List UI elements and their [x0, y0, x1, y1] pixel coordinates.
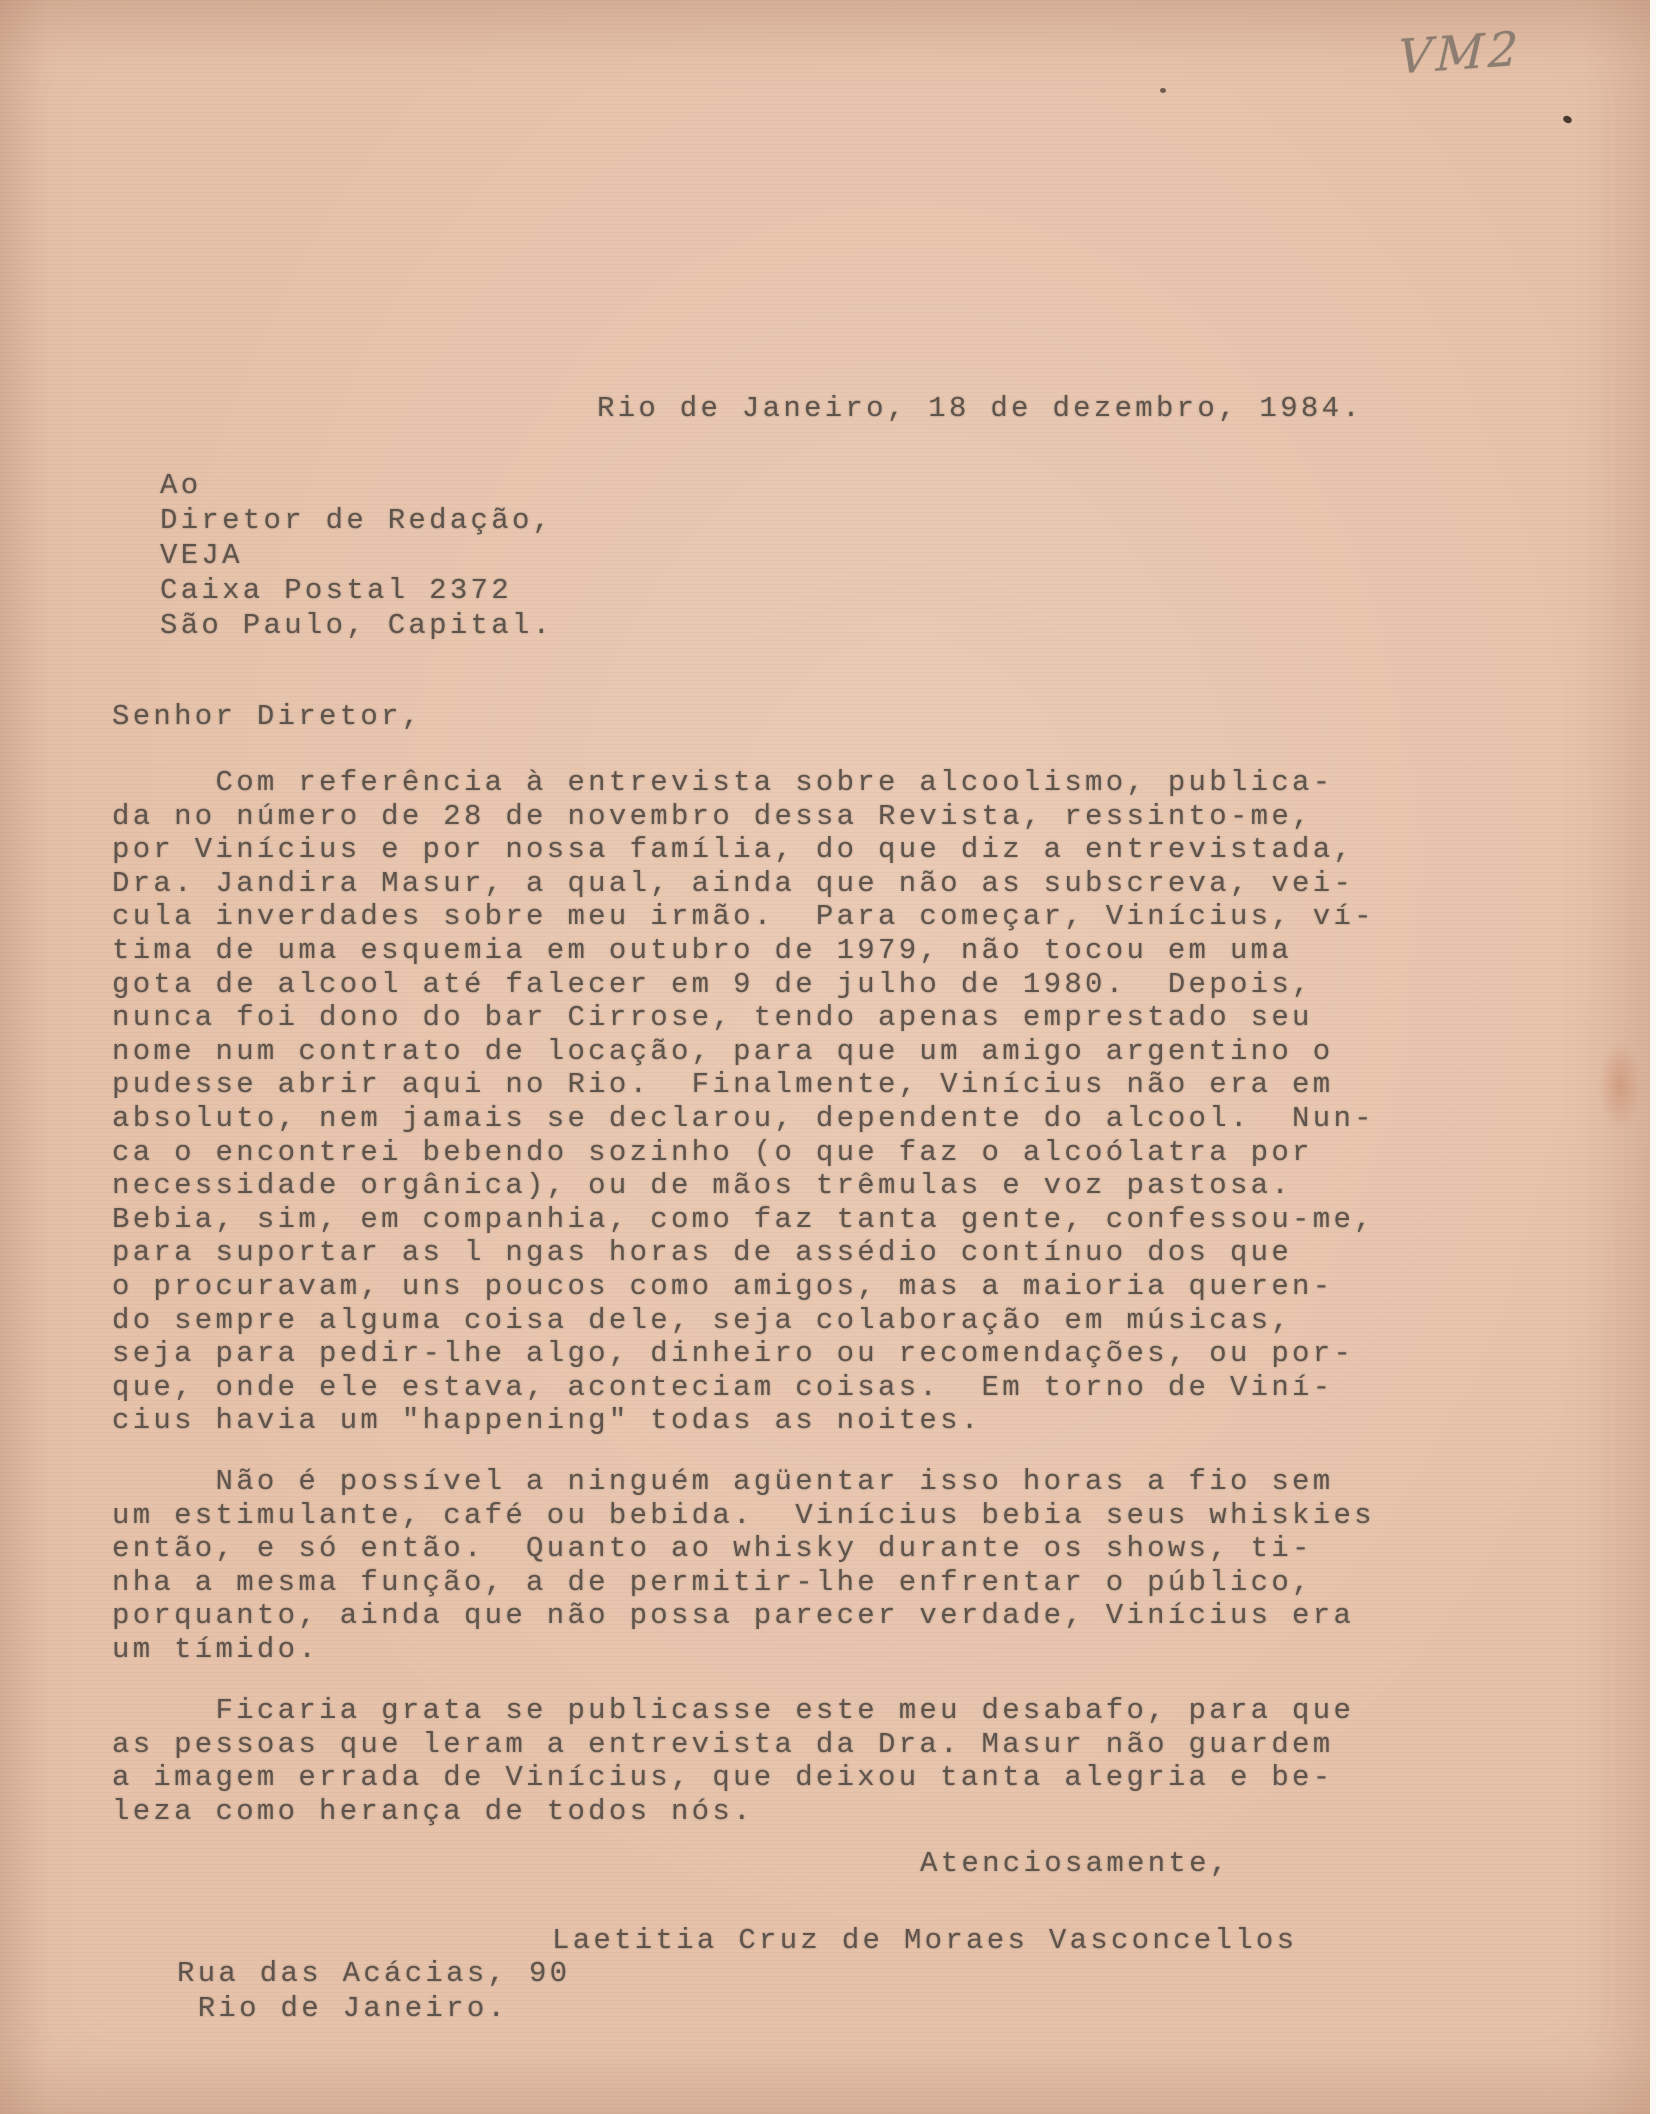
text-line: Rio de Janeiro.: [177, 1991, 570, 2026]
text-line: por Vinícius e por nossa família, do que…: [112, 833, 1375, 867]
text-line: leza como herança de todos nós.: [112, 1795, 1354, 1829]
text-line: um tímido.: [112, 1633, 1375, 1667]
text-line: da no número de 28 de novembro dessa Rev…: [112, 800, 1375, 834]
text-line: São Paulo, Capital.: [160, 608, 553, 643]
text-line: pudesse abrir aqui no Rio. Finalmente, V…: [112, 1068, 1375, 1102]
text-line: para suportar as l ngas horas de assédio…: [112, 1236, 1375, 1270]
text-line: as pessoas que leram a entrevista da Dra…: [112, 1728, 1354, 1762]
text-line: absoluto, nem jamais se declarou, depend…: [112, 1102, 1375, 1136]
signature-name: Laetitia Cruz de Moraes Vasconcellos: [552, 1924, 1297, 1958]
text-line: um estimulante, café ou bebida. Vinícius…: [112, 1499, 1375, 1533]
text-line: Diretor de Redação,: [160, 503, 553, 538]
pencil-annotation: VM2: [1397, 22, 1523, 86]
text-line: nunca foi dono do bar Cirrose, tendo ape…: [112, 1001, 1375, 1035]
text-line: nha a mesma função, a de permitir-lhe en…: [112, 1566, 1375, 1600]
text-line: porquanto, ainda que não possa parecer v…: [112, 1599, 1375, 1633]
text-line: nome num contrato de locação, para que u…: [112, 1035, 1375, 1069]
salutation: Senhor Diretor,: [112, 700, 423, 734]
text-line: cula inverdades sobre meu irmão. Para co…: [112, 900, 1375, 934]
text-line: a imagem errada de Vinícius, que deixou …: [112, 1761, 1354, 1795]
text-line: Ficaria grata se publicasse este meu des…: [112, 1694, 1354, 1728]
text-line: gota de alcool até falecer em 9 de julho…: [112, 968, 1375, 1002]
text-line: Rua das Acácias, 90: [177, 1956, 570, 1991]
text-line: tima de uma esquemia em outubro de 1979,…: [112, 934, 1375, 968]
date-line: Rio de Janeiro, 18 de dezembro, 1984.: [597, 392, 1363, 426]
text-line: ca o encontrei bebendo sozinho (o que fa…: [112, 1136, 1375, 1170]
body-paragraph-3: Ficaria grata se publicasse este meu des…: [112, 1694, 1354, 1828]
text-line: Não é possível a ninguém agüentar isso h…: [112, 1465, 1375, 1499]
ink-speck: [1160, 88, 1166, 93]
text-line: Bebia, sim, em companhia, como faz tanta…: [112, 1203, 1375, 1237]
text-line: do sempre alguma coisa dele, seja colabo…: [112, 1304, 1375, 1338]
letter-scan-page: VM2 Rio de Janeiro, 18 de dezembro, 1984…: [0, 0, 1656, 2114]
recipient-address: AoDiretor de Redação,VEJACaixa Postal 23…: [160, 468, 553, 643]
text-line: Ao: [160, 468, 553, 503]
text-line: cius havia um "happening" todas as noite…: [112, 1404, 1375, 1438]
text-line: o procuravam, uns poucos como amigos, ma…: [112, 1270, 1375, 1304]
body-paragraph-1: Com referência à entrevista sobre alcool…: [112, 766, 1375, 1438]
closing: Atenciosamente,: [920, 1847, 1231, 1881]
text-line: Dra. Jandira Masur, a qual, ainda que nã…: [112, 867, 1375, 901]
text-line: Com referência à entrevista sobre alcool…: [112, 766, 1375, 800]
text-line: VEJA: [160, 538, 553, 573]
text-line: necessidade orgânica), ou de mãos trêmul…: [112, 1169, 1375, 1203]
paper-stain: [1598, 1040, 1642, 1130]
text-line: que, onde ele estava, aconteciam coisas.…: [112, 1371, 1375, 1405]
sender-address: Rua das Acácias, 90 Rio de Janeiro.: [177, 1956, 570, 2026]
text-line: Caixa Postal 2372: [160, 573, 553, 608]
text-line: então, e só então. Quanto ao whisky dura…: [112, 1532, 1375, 1566]
text-line: seja para pedir-lhe algo, dinheiro ou re…: [112, 1337, 1375, 1371]
body-paragraph-2: Não é possível a ninguém agüentar isso h…: [112, 1465, 1375, 1667]
